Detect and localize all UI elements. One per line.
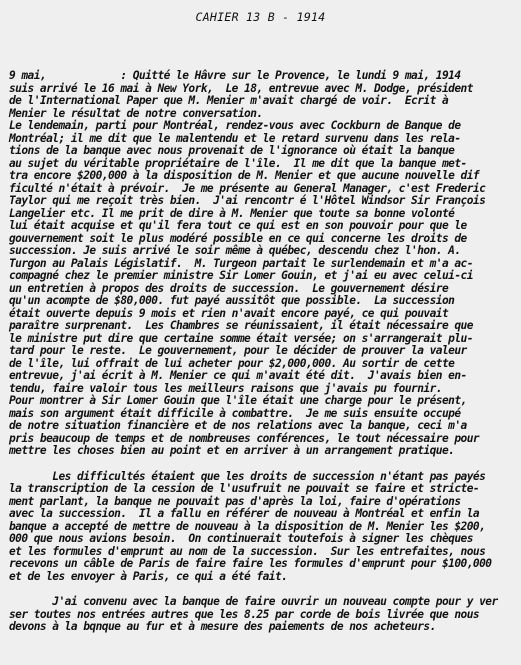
text-line: de l'International Paper que M. Menier m… bbox=[9, 95, 519, 108]
text-line: paraître surprenant. Les Chambres se réu… bbox=[9, 320, 519, 333]
text-line: mettre les choses bien au point et en ar… bbox=[9, 445, 519, 458]
text-line: Pour montrer à Sir Lomer Gouin que l'île… bbox=[9, 395, 519, 408]
text-line: lui était acquise et qu'il fera tout ce … bbox=[9, 220, 519, 233]
text-line: entrevue, j'ai écrit à M. Menier ce qui … bbox=[9, 370, 519, 383]
text-line: Le lendemain, parti pour Montréal, rende… bbox=[9, 120, 519, 133]
text-line: qu'un acompte de $80,000. fut payé aussi… bbox=[9, 295, 519, 308]
text-line: tions de la banque avec nous provenait d… bbox=[9, 145, 519, 158]
text-line: compagné chez le premier ministre Sir Lo… bbox=[9, 270, 519, 283]
text-line: recevons un câble de Paris de faire fair… bbox=[9, 558, 519, 571]
text-line: 000 que nous avions besoin. On continuer… bbox=[9, 533, 519, 546]
document-page: CAHIER 13 B - 1914 9 mai, : Quitté le Hâ… bbox=[0, 0, 521, 665]
text-line: la transcription de la cession de l'usuf… bbox=[9, 483, 519, 496]
paragraph-1: 9 mai, : Quitté le Hâvre sur le Provence… bbox=[9, 70, 519, 458]
text-line: succession. Je suis arrivé le soir même … bbox=[9, 245, 519, 258]
paragraph-2: Les difficultés étaient que les droits d… bbox=[9, 471, 519, 584]
text-line: 9 mai, : Quitté le Hâvre sur le Provence… bbox=[9, 70, 519, 83]
paragraph-3: J'ai convenu avec la banque de faire ouv… bbox=[9, 596, 519, 634]
text-line: et de les envoyer à Paris, ce qui a été … bbox=[9, 571, 519, 584]
text-line: Taylor qui me reçoit très bien. J'ai ren… bbox=[9, 195, 519, 208]
page-title: CAHIER 13 B - 1914 bbox=[0, 10, 521, 24]
paragraph-gap bbox=[9, 458, 519, 471]
text-line: tard pour le reste. Le gouvernement, pou… bbox=[9, 345, 519, 358]
text-line: devons à la bqnque au fur et à mesure de… bbox=[9, 621, 519, 634]
text-line: de notre situation financière et de nos … bbox=[9, 420, 519, 433]
text-line: J'ai convenu avec la banque de faire ouv… bbox=[9, 596, 519, 609]
document-body: 9 mai, : Quitté le Hâvre sur le Provence… bbox=[9, 70, 519, 634]
text-line: avec la succession. Il a fallu en référe… bbox=[9, 508, 519, 521]
text-line: tra encore $200,000 à la disposition de … bbox=[9, 170, 519, 183]
